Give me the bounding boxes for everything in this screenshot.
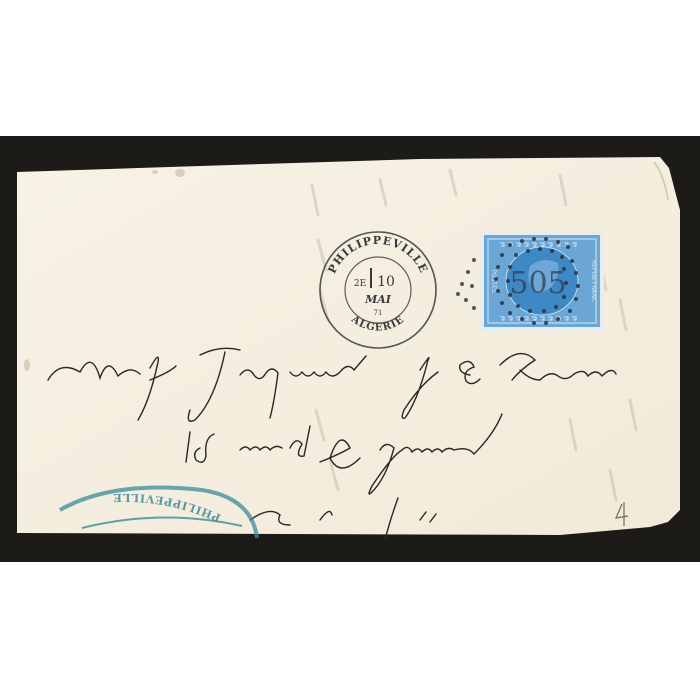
handwritten-address — [0, 0, 700, 700]
pencil-note-mark — [616, 502, 628, 526]
blue-oval-cachet: PHILIPPEVILLE — [52, 478, 262, 548]
